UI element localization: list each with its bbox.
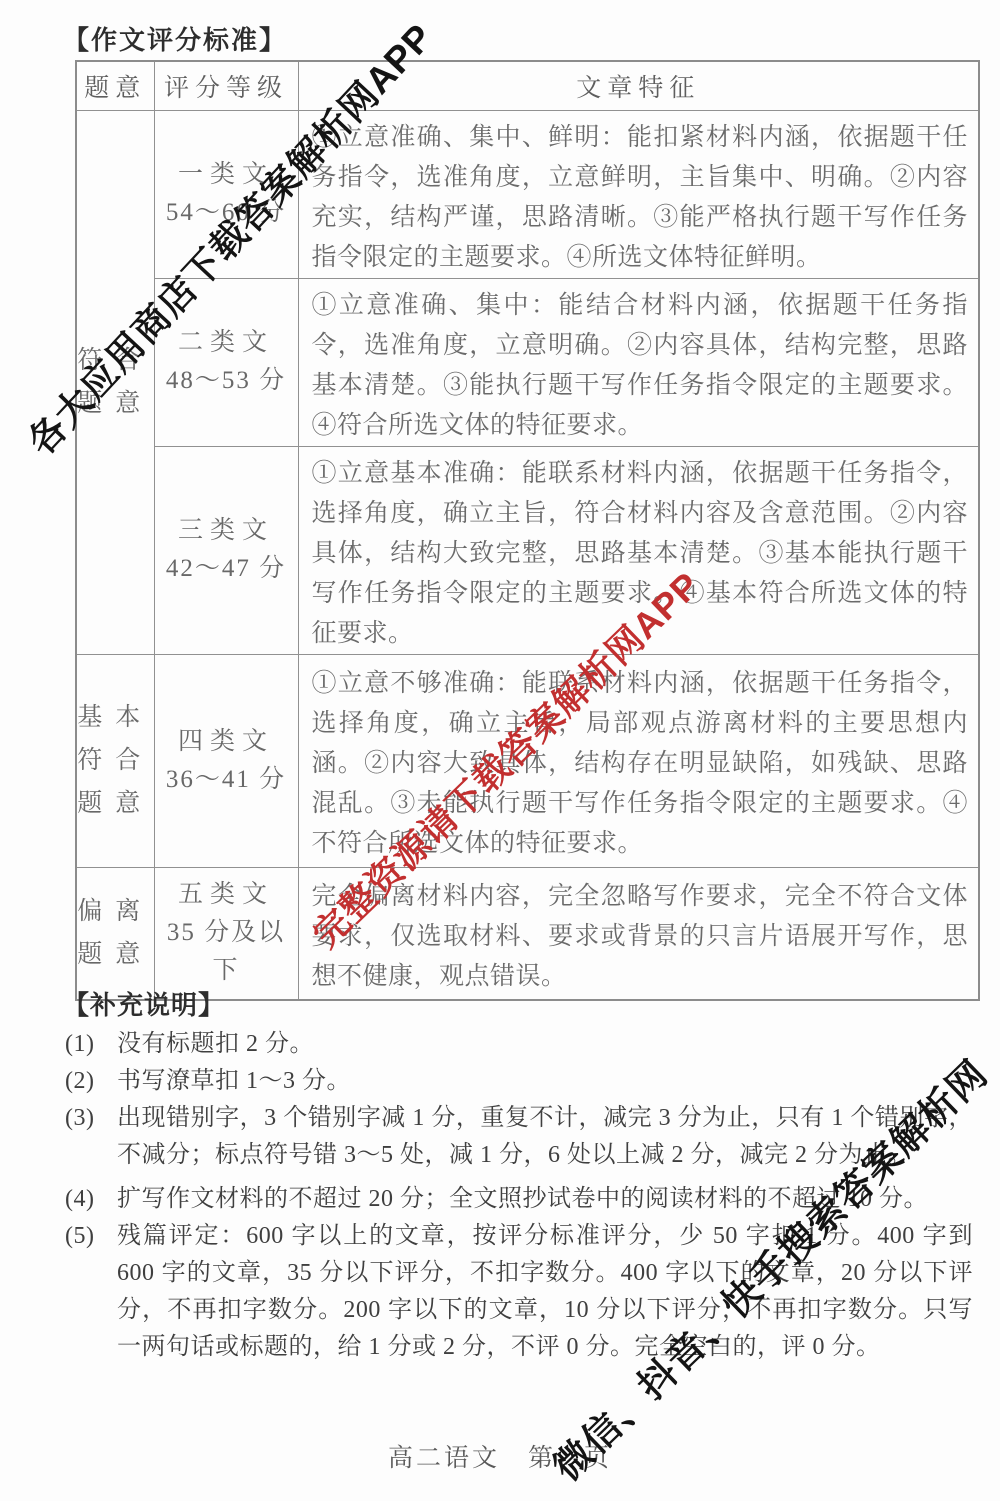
- score-range: 48～53 分: [155, 362, 298, 400]
- note-marker: (1): [65, 1026, 94, 1063]
- table-row: 偏离题意 五类文 35 分及以下 完全偏离材料内容，完全忽略写作要求，完全不符合…: [76, 867, 979, 1000]
- features-cell: ①立意不够准确：能联系材料内涵，依据题干任务指令，选择角度，确立主旨，局部观点游…: [298, 654, 979, 867]
- note-marker: (3): [65, 1100, 94, 1137]
- page-footer: 高二语文 第 页: [0, 1438, 1000, 1474]
- table-header-row: 题意 评分等级 文章特征: [76, 61, 979, 110]
- note-item: (3) 出现错别字，3 个错别字减 1 分，重复不计，减完 3 分为止，只有 1…: [63, 1100, 973, 1174]
- note-item: (2) 书写潦草扣 1～3 分。: [63, 1063, 973, 1100]
- score-range: 54～60 分: [155, 194, 298, 232]
- features-cell: ①立意准确、集中：能结合材料内涵，依据题干任务指令，选准角度，立意明确。②内容具…: [298, 278, 979, 446]
- score-range: 36～41 分: [155, 761, 298, 799]
- note-text: 没有标题扣 2 分。: [117, 1031, 314, 1057]
- topic-cell-off-topic: 偏离题意: [76, 867, 154, 1000]
- header-grade: 评分等级: [154, 61, 298, 110]
- table-row: 三类文 42～47 分 ①立意基本准确：能联系材料内涵，依据题干任务指令，选择角…: [76, 446, 979, 654]
- features-cell: ①立意基本准确：能联系材料内涵，依据题干任务指令，选择角度，确立主旨，符合材料内…: [298, 446, 979, 654]
- document-page: 【作文评分标准】 题意 评分等级 文章特征 符合题意 一类文 54～60 分 ①…: [0, 0, 1000, 1501]
- grade-label: 三类文: [155, 512, 298, 550]
- page-title: 【作文评分标准】: [63, 20, 287, 57]
- grade-cell: 四类文 36～41 分: [154, 654, 298, 867]
- grade-label: 五类文: [155, 876, 298, 914]
- topic-cell-fit: 符合题意: [76, 110, 154, 654]
- rubric-table: 题意 评分等级 文章特征 符合题意 一类文 54～60 分 ①立意准确、集中、鲜…: [75, 60, 980, 1001]
- grade-label: 四类文: [155, 723, 298, 761]
- note-item: (5) 残篇评定：600 字以上的文章，按评分标准评分，少 50 字扣 1 分。…: [63, 1218, 973, 1366]
- grade-label: 二类文: [155, 324, 298, 362]
- notes-title: 【补充说明】: [63, 985, 225, 1022]
- note-text: 出现错别字，3 个错别字减 1 分，重复不计，减完 3 分为止，只有 1 个错别…: [117, 1105, 973, 1168]
- grade-cell: 二类文 48～53 分: [154, 278, 298, 446]
- notes-list: (1) 没有标题扣 2 分。 (2) 书写潦草扣 1～3 分。 (3) 出现错别…: [63, 1026, 973, 1366]
- features-cell: ①立意准确、集中、鲜明：能扣紧材料内涵，依据题干任务指令，选准角度，立意鲜明，主…: [298, 110, 979, 278]
- grade-cell: 一类文 54～60 分: [154, 110, 298, 278]
- score-range: 35 分及以下: [155, 914, 298, 990]
- table-row: 二类文 48～53 分 ①立意准确、集中：能结合材料内涵，依据题干任务指令，选准…: [76, 278, 979, 446]
- grade-label: 一类文: [155, 156, 298, 194]
- note-marker: (4): [65, 1181, 94, 1218]
- note-item: (4) 扩写作文材料的不超过 20 分；全文照抄试卷中的阅读材料的不超过 10 …: [63, 1181, 973, 1218]
- grade-cell: 五类文 35 分及以下: [154, 867, 298, 1000]
- note-text: 扩写作文材料的不超过 20 分；全文照抄试卷中的阅读材料的不超过 10 分。: [117, 1186, 928, 1212]
- header-features: 文章特征: [298, 61, 979, 110]
- topic-cell-basic-fit: 基本符合题意: [76, 654, 154, 867]
- table-row: 符合题意 一类文 54～60 分 ①立意准确、集中、鲜明：能扣紧材料内涵，依据题…: [76, 110, 979, 278]
- score-range: 42～47 分: [155, 550, 298, 588]
- note-marker: (5): [65, 1218, 94, 1255]
- note-text: 残篇评定：600 字以上的文章，按评分标准评分，少 50 字扣 1 分。400 …: [117, 1223, 973, 1360]
- note-text: 书写潦草扣 1～3 分。: [117, 1068, 351, 1094]
- features-cell: 完全偏离材料内容，完全忽略写作要求，完全不符合文体要求，仅选取材料、要求或背景的…: [298, 867, 979, 1000]
- note-marker: (2): [65, 1063, 94, 1100]
- note-item: (1) 没有标题扣 2 分。: [63, 1026, 973, 1063]
- header-topic: 题意: [76, 61, 154, 110]
- table-row: 基本符合题意 四类文 36～41 分 ①立意不够准确：能联系材料内涵，依据题干任…: [76, 654, 979, 867]
- grade-cell: 三类文 42～47 分: [154, 446, 298, 654]
